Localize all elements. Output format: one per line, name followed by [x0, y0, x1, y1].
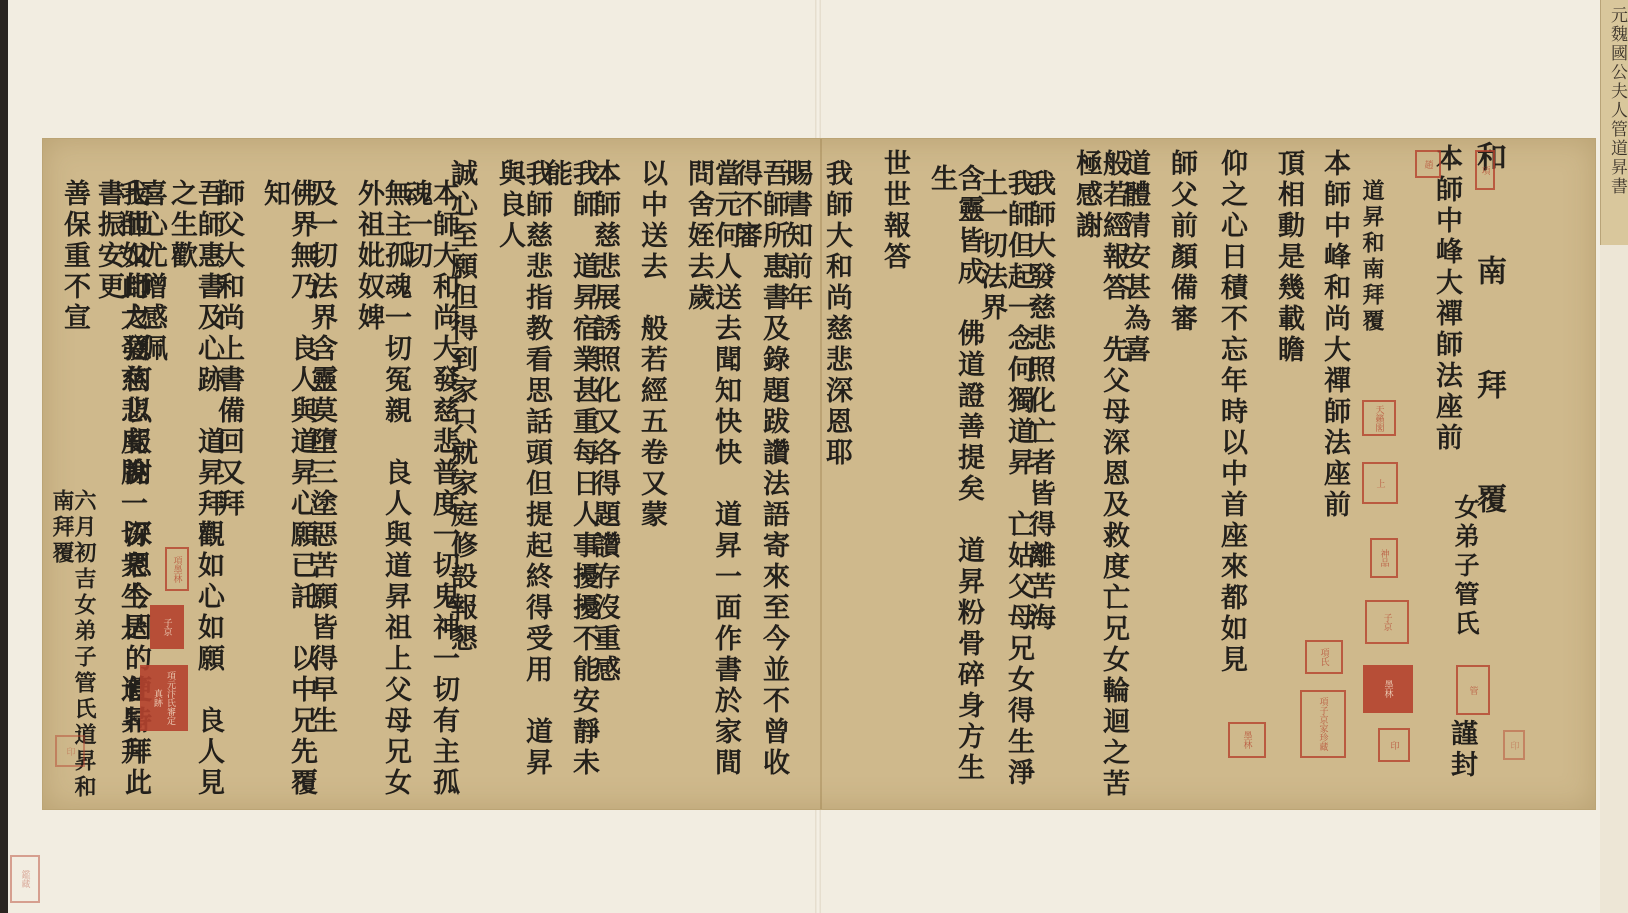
- seal-stamp: 墨林: [1363, 665, 1413, 713]
- column-11: 世世報答: [881, 149, 908, 273]
- seal-stamp: 天籟閣: [1362, 400, 1396, 436]
- seal-stamp: 印: [55, 735, 85, 767]
- seal-stamp: 項氏: [1305, 640, 1343, 674]
- column-21: 本師大和尚大發慈悲普度一切鬼神一切有主孤魂一切: [403, 179, 457, 809]
- heading-sender: 女弟子管氏: [1453, 494, 1478, 639]
- seal-stamp: 項墨林: [165, 547, 189, 591]
- column-3: 頂相動是幾載瞻: [1275, 149, 1302, 366]
- column-1: 道昇和南拜覆: [1361, 179, 1383, 335]
- column-16: 以中送去 般若經五卷又蒙: [638, 159, 665, 531]
- column-15: 當元何人送去聞知快快 道昇一面作書於家間問舍姪去歲: [685, 159, 739, 809]
- seal-stamp: 子京: [150, 605, 184, 649]
- seal-stamp: 印: [1378, 728, 1410, 762]
- column-12: 我師大和尚慈悲深恩耶: [823, 159, 850, 469]
- album-edge: [0, 0, 8, 913]
- seal-stamp: 項子京家珍藏: [1300, 690, 1346, 758]
- title-label-strip: 元魏國公夫人管道昇書: [1600, 0, 1628, 245]
- heading-closing: 謹封: [1448, 719, 1475, 781]
- column-4: 仰之心日積不忘年時以中首座來都如見: [1218, 149, 1245, 676]
- title-label-text: 元魏國公夫人管道昇書: [1605, 6, 1628, 196]
- seal-stamp: 項元汴氏審定真跡: [140, 665, 188, 731]
- seal-stamp: 子京: [1365, 600, 1409, 644]
- column-2: 本師中峰和尚大禪師法座前: [1321, 149, 1348, 521]
- title-char: 拜: [1471, 369, 1506, 483]
- column-5: 師父前顏備審: [1168, 149, 1195, 335]
- column-30: 善保重不宣: [61, 179, 88, 334]
- column-24: 佛界無乃 良人與道昇心願已託 以中兄先覆知: [261, 179, 315, 809]
- seal-stamp: 上: [1362, 462, 1398, 504]
- seal-stamp: 趙: [1415, 150, 1441, 178]
- column-10: 含靈皆成 佛道證善提矣 道昇粉骨碎身方生生: [928, 164, 982, 809]
- seal-stamp: 印: [1503, 730, 1525, 760]
- column-9: 我師但起一念何獨道昇 亡姑父母兄女得生淨土一切法界: [978, 169, 1032, 809]
- seal-stamp: 神品: [1370, 538, 1398, 578]
- column-14: 吾師所惠書及錄題跋讚法語寄來至今並不曾收得不審: [733, 159, 787, 809]
- seal-stamp: 鑑藏: [10, 855, 40, 903]
- title-char: 南: [1471, 255, 1506, 369]
- seal-stamp: 管: [1456, 665, 1490, 715]
- seal-stamp: 墨林: [1228, 722, 1266, 758]
- column-22: 無主孤魂一切冤親 良人與道昇祖上父母兄女外祖妣奴婢: [355, 179, 409, 809]
- seal-stamp: 項: [1475, 150, 1495, 190]
- column-7: 般若經報答 先父母深恩及救度亡兄女輪迴之苦極感謝: [1073, 149, 1127, 809]
- heading-addressee: 本師中峰大禪師法座前: [1433, 144, 1460, 454]
- column-19: 我師慈悲指教看思話頭但提起終得受用 道昇與良人: [496, 159, 550, 809]
